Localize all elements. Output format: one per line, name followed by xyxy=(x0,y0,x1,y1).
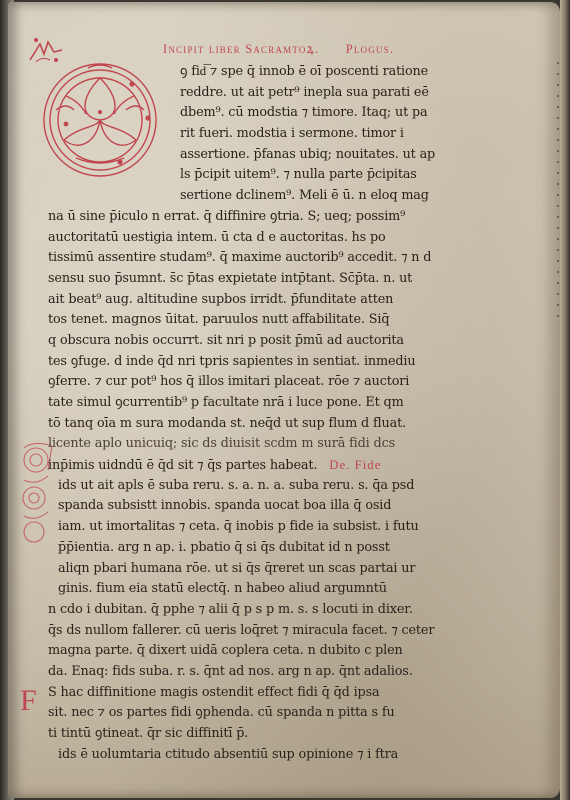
de-fide-rubric: De. Fide xyxy=(329,458,381,472)
text-line: n cdo i dubitan. q̄ pphe ⁊ alii q̄ p s p… xyxy=(48,600,518,621)
text-line: ti tintū ꝯtineat. q̄r sic diffinitī p̄. xyxy=(48,724,518,745)
incipit-title: Incipit liber Sacramtoꝝ. xyxy=(163,42,319,56)
text-line: spanda subsistt innobis. spanda uocat bo… xyxy=(48,496,518,517)
text-line: p̄p̄ientia. arg n ap. i. pbatio q̄ si q̄… xyxy=(48,538,518,559)
text-line: licente aplo unicuiq; sic ds diuisit scd… xyxy=(48,434,518,455)
manuscript-text: ꝯ fid͞ ⁊ spe q̄ innob ē oī poscenti rati… xyxy=(48,62,518,765)
text-line: ids ut ait apls ē suba reru. s. a. n. a.… xyxy=(48,476,518,497)
text-line: dbem⁹. cū modstia ⁊ timore. Itaq; ut pa xyxy=(48,103,518,124)
text-line: ids ē uolumtaria ctitudo absentiū sup op… xyxy=(48,745,518,766)
text-line: sit. nec ⁊ os partes fidi ꝯphenda. cū sp… xyxy=(48,703,518,724)
text-line: iam. ut imortalitas ⁊ ceta. q̄ inobis p … xyxy=(48,517,518,538)
text-line: sensu suo p̄sumnt. s̄c p̄tas expietate i… xyxy=(48,269,518,290)
pricking-holes xyxy=(557,62,559,322)
text-line: na ū sine p̄iculo n errat. q̄ diffinire … xyxy=(48,207,518,228)
text-line: ait beat⁹ aug. altitudine supbos irridt.… xyxy=(48,290,518,311)
text-line: tissimū assentire studam⁹. q̄ maxime auc… xyxy=(48,248,518,269)
text-line-with-rubric: inp̄imis uidndū ē q̄d sit ⁊ q̄s partes h… xyxy=(48,455,518,476)
text-line: tate simul ꝯcurrentib⁹ p facultate nrā i… xyxy=(48,393,518,414)
rubricated-initial-f: F xyxy=(20,686,37,716)
text-line: rit fueri. modstia i sermone. timor i xyxy=(48,124,518,145)
text-line: da. Enaq: fids suba. r. s. q̄nt ad nos. … xyxy=(48,662,518,683)
text-line: assertione. p̄fanas ubiq; nouitates. ut … xyxy=(48,145,518,166)
incipit-rubric: Incipit liber Sacramtoꝝ. Plogus. xyxy=(163,40,394,57)
text-line: ꝯferre. ⁊ cur pot⁹ hos q̄ illos imitari … xyxy=(48,372,518,393)
text-line: q̄s ds nullom fallerer. cū ueris loq̄ret… xyxy=(48,621,518,642)
text-line: ls p̄cipit uitem⁹. ⁊ nulla parte p̄cipit… xyxy=(48,165,518,186)
text-line: auctoritatū uestigia intem. ū cta d e au… xyxy=(48,228,518,249)
page-edge xyxy=(560,0,570,800)
text-line: aliqn pbari humana rōe. ut si q̄s q̄rere… xyxy=(48,559,518,580)
text-line: reddre. ut ait petr⁹ inepla sua parati e… xyxy=(48,83,518,104)
text-line: sertione dclinem⁹. Meli ē ū. n eloq mag xyxy=(48,186,518,207)
text-line: inp̄imis uidndū ē q̄d sit ⁊ q̄s partes h… xyxy=(48,458,317,473)
text-line: tes ꝯfuge. d inde q̄d nri tpris sapiente… xyxy=(48,352,518,373)
text-line: tō tanq oīa m sura modanda st. neq̄d ut … xyxy=(48,414,518,435)
text-line: magna parte. q̄ dixert uidā coplera ceta… xyxy=(48,641,518,662)
text-line: q obscura nobis occurrt. sit nri p posit… xyxy=(48,331,518,352)
text-line: S hac diffinitione magis ostendit effect… xyxy=(48,683,518,704)
prologus-label: Plogus. xyxy=(346,42,394,56)
text-line: ginis. fium eia statū electq̄. n habeo a… xyxy=(48,579,518,600)
text-line: ꝯ fid͞ ⁊ spe q̄ innob ē oī poscenti rati… xyxy=(48,62,518,83)
text-line: tos tenet. magnos ūitat. paruulos nutt a… xyxy=(48,310,518,331)
